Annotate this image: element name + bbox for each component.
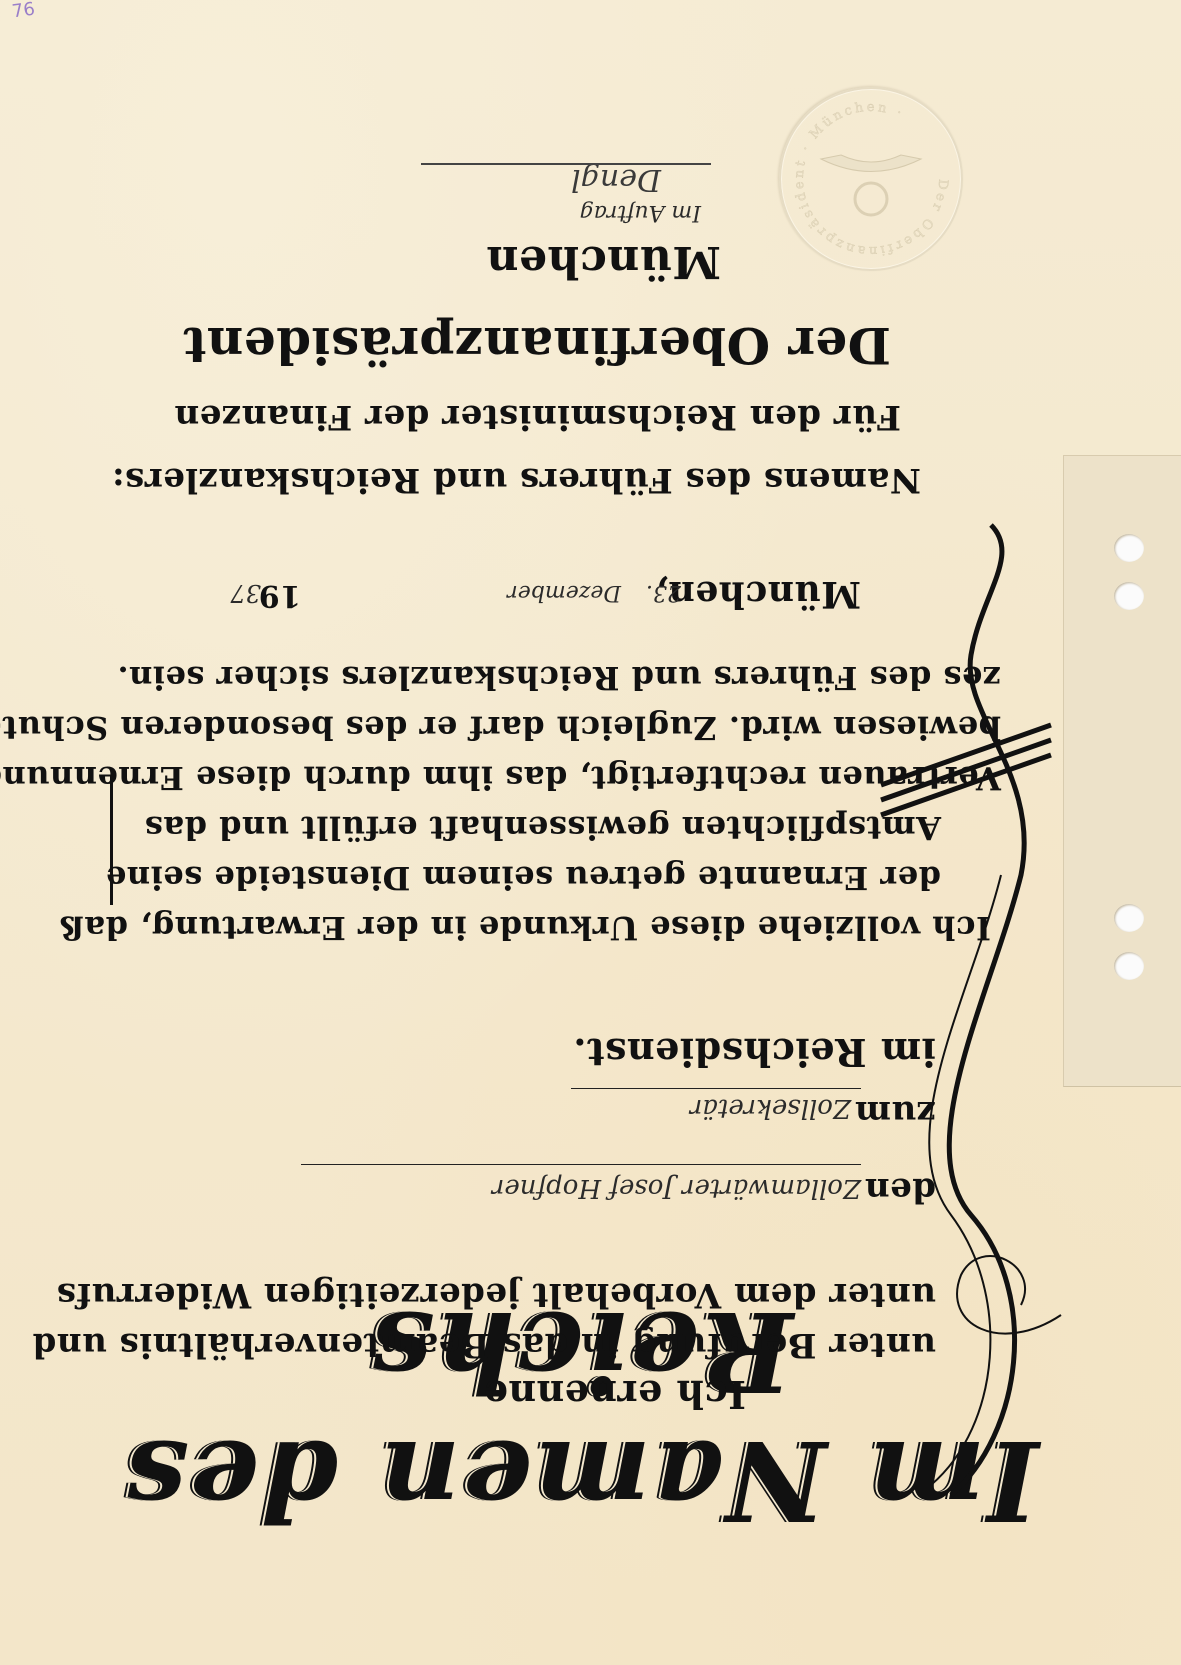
body-line-3: Amtspflichten gewissenhaft erfüllt und d… — [144, 809, 941, 847]
on-behalf-text: Im Auftrag — [580, 200, 701, 225]
body-line-5: bewiesen wird. Zugleich darf er des beso… — [0, 709, 1001, 747]
rank-fill-line — [571, 1088, 861, 1089]
date-day: 23. — [646, 580, 681, 605]
appointee-fill-line — [301, 1164, 861, 1165]
clause-line-1: unter Berufung in das Beamtenverhältnis … — [32, 1325, 936, 1365]
body-line-4: Vertrauen rechtfertigt, das ihm durch di… — [0, 759, 1001, 797]
body-line-2: der Ernannte getreu seinem Diensteide se… — [106, 859, 941, 897]
body-line-6: zes des Führers und Reichskanzlers siche… — [117, 659, 1001, 697]
date-month: Dezember — [507, 580, 621, 605]
handwritten-signature: Dengl — [571, 162, 661, 197]
den-label: den — [864, 1170, 936, 1210]
signature-line-3: Der Oberfinanzpräsident — [183, 316, 891, 375]
signature-underline — [421, 163, 711, 165]
eagle-and-swastika-emblem-icon: Der Oberfinanzpräsident · München · — [781, 89, 961, 269]
certificate-content: Der Oberfinanzpräsident · München · Im N… — [0, 0, 1181, 1665]
place-text: München, — [655, 573, 861, 615]
date-year-suffix: 37 — [230, 579, 261, 607]
appointee-name: Zollamwärter Josef Hopfner — [492, 1173, 861, 1203]
signature-line-4: München — [486, 236, 721, 287]
date-year-prefix: 19 — [258, 578, 301, 613]
embossed-seal: Der Oberfinanzpräsident · München · — [779, 87, 963, 271]
signature-line-1: Namens des Führers und Reichskanzlers: — [112, 460, 921, 500]
body-line-1: Ich vollziehe diese Urkunde in der Erwar… — [59, 909, 991, 947]
intro-text: Ich ernenne — [483, 1372, 746, 1417]
service-text: im Reichsdienst. — [573, 1030, 936, 1075]
zum-label: zum — [854, 1093, 936, 1133]
svg-text:Der Oberfinanzpräsident · Münc: Der Oberfinanzpräsident · München · — [792, 100, 950, 258]
new-rank: Zollsekretär — [690, 1093, 851, 1123]
signature-line-2: Für den Reichsminister der Finanzen — [174, 397, 901, 437]
clause-line-2: unter dem Vorbehalt jederzeitigen Widerr… — [56, 1275, 936, 1315]
